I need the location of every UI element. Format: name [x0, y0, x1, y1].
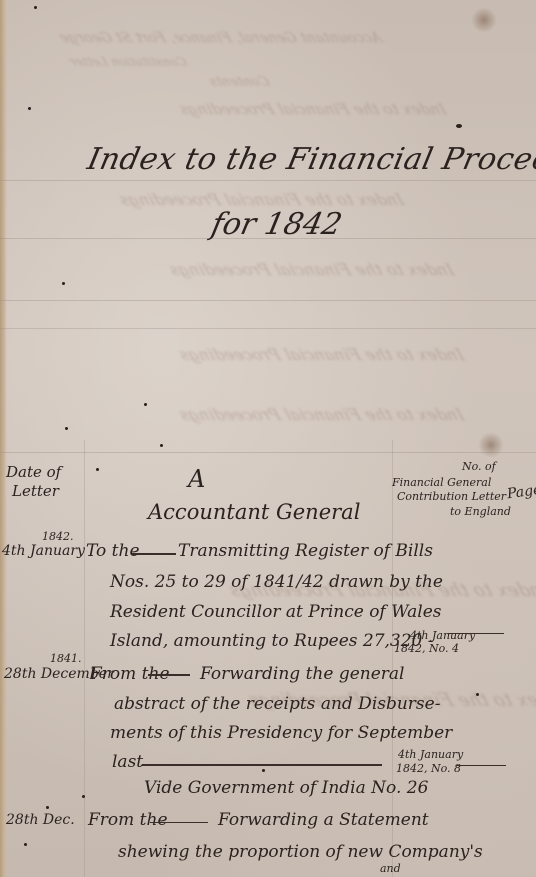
right-header-line1: Financial General	[392, 476, 491, 489]
entry-direction: From the	[88, 810, 168, 830]
section-heading: Accountant General	[148, 500, 360, 524]
speck	[46, 806, 49, 809]
bleed-through-text: Index to the Financial Proceedings	[177, 345, 467, 364]
section-letter: A	[188, 465, 205, 493]
entry-year: 1842.	[42, 530, 74, 543]
entry-date: 28th Dec.	[6, 812, 75, 828]
entry-dash	[132, 553, 176, 555]
entry-note: Vide Government of India No. 26	[144, 778, 428, 798]
ruled-line	[0, 180, 536, 181]
entry-ref-date: 4th January	[398, 748, 463, 761]
entry-dash	[448, 633, 504, 634]
bleed-through-text: Index to the Financial Proceedings	[167, 260, 457, 279]
binding-edge	[0, 0, 7, 877]
stain	[478, 432, 504, 458]
entry-ref-no: 1842, No. 4	[394, 642, 459, 655]
page-title: Index to the Financial Proceedings	[84, 142, 536, 177]
entry-line: Transmitting Register of Bills	[178, 541, 433, 561]
ruled-line	[0, 328, 536, 329]
speck	[65, 427, 68, 430]
entry-dash	[150, 822, 208, 823]
speck	[62, 282, 65, 285]
speck	[34, 6, 37, 9]
right-header-page: Page	[506, 482, 536, 503]
speck	[96, 468, 99, 471]
entry-dash	[142, 764, 382, 766]
stain	[470, 8, 498, 32]
speck	[456, 124, 462, 128]
entry-line: Resident Councillor at Prince of Wales	[110, 602, 441, 622]
document-page: Accountant General, Finance, Fort St Geo…	[0, 0, 536, 877]
entry-line: shewing the proportion of new Company's	[118, 842, 483, 862]
entry-dash	[456, 765, 506, 766]
entry-direction: To the	[86, 541, 140, 561]
speck	[28, 107, 31, 110]
entry-line: last	[112, 752, 143, 772]
column-rule	[84, 440, 85, 877]
entry-continuation: and	[380, 862, 401, 875]
entry-line: Forwarding the general	[200, 664, 405, 684]
bleed-through-text: Contents	[207, 75, 272, 90]
bleed-through-text: Index to the Financial Proceedings	[177, 405, 467, 424]
entry-ref-no: 1842, No. 8	[396, 762, 461, 775]
speck	[144, 403, 147, 406]
bleed-through-text: Accountant General, Finance, Fort St Geo…	[57, 30, 385, 46]
ruled-line	[0, 452, 536, 453]
speck	[82, 795, 85, 798]
entry-line: ments of this Presidency for September	[110, 723, 452, 743]
ruled-line	[0, 300, 536, 301]
bleed-through-text: Index to the Financial Proceedings	[177, 100, 449, 118]
date-column-header-line1: Date of	[6, 465, 61, 480]
bleed-through-text: Constitution Letter	[67, 55, 189, 69]
speck	[24, 843, 27, 846]
right-header-line3: to England	[450, 505, 511, 518]
entry-date: 4th January	[2, 543, 85, 559]
date-column-header-line2: Letter	[12, 484, 59, 499]
entry-line: Nos. 25 to 29 of 1841/42 drawn by the	[110, 572, 443, 592]
speck	[160, 444, 163, 447]
entry-dash	[148, 674, 190, 676]
entry-year: 1841.	[50, 652, 82, 665]
entry-line: Forwarding a Statement	[218, 810, 429, 830]
right-header-no-of: No. of	[462, 460, 496, 473]
right-header-line2: Contribution Letter	[397, 490, 506, 503]
page-subtitle-year: for 1842	[208, 207, 345, 242]
speck	[262, 769, 265, 772]
entry-line: abstract of the receipts and Disburse-	[114, 694, 440, 714]
speck	[476, 693, 479, 696]
entry-ref-date: 4th January	[410, 629, 475, 642]
entry-line: Island, amounting to Rupees 27,320 -	[110, 631, 434, 651]
